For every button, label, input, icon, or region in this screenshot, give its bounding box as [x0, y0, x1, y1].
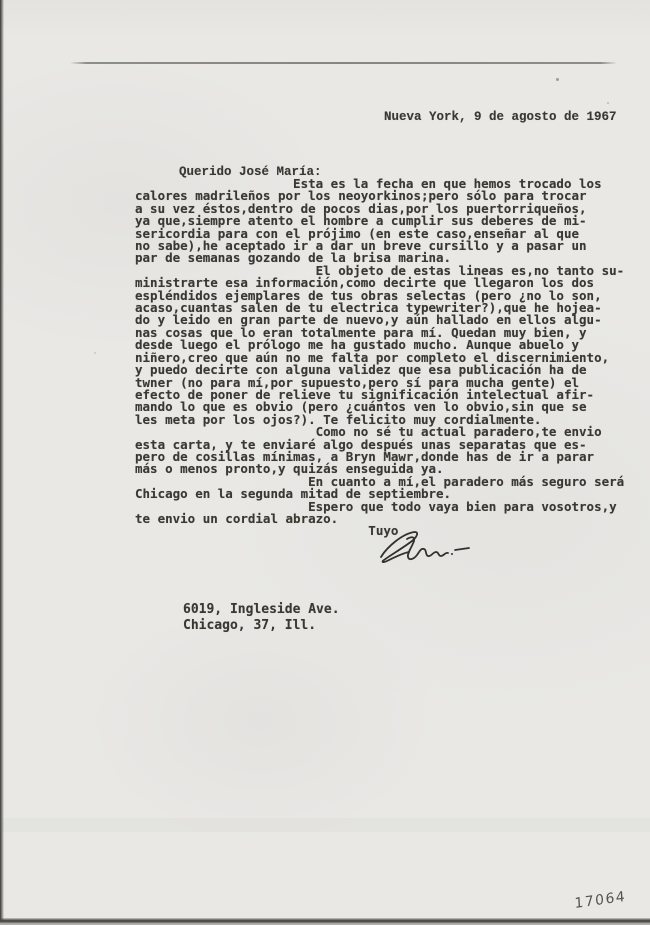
scan-speck	[556, 78, 559, 81]
letter-body: Esta es la fecha en que hemos trocado lo…	[135, 178, 624, 538]
sender-address: 6019, Ingleside Ave. Chicago, 37, Ill.	[183, 602, 340, 634]
scanned-letter-page: Nueva York, 9 de agosto de 1967 Querido …	[0, 0, 650, 925]
scan-speck	[607, 102, 609, 104]
top-horizontal-rule	[70, 62, 617, 64]
scan-artifact-band	[0, 818, 650, 832]
scan-speck	[94, 352, 96, 354]
page-left-edge-shadow	[0, 0, 4, 925]
letter-date: Nueva York, 9 de agosto de 1967	[384, 111, 617, 123]
signature-flourish	[379, 529, 479, 569]
page-bottom-edge	[0, 918, 650, 925]
archive-number-handwritten: 17064	[574, 889, 626, 912]
